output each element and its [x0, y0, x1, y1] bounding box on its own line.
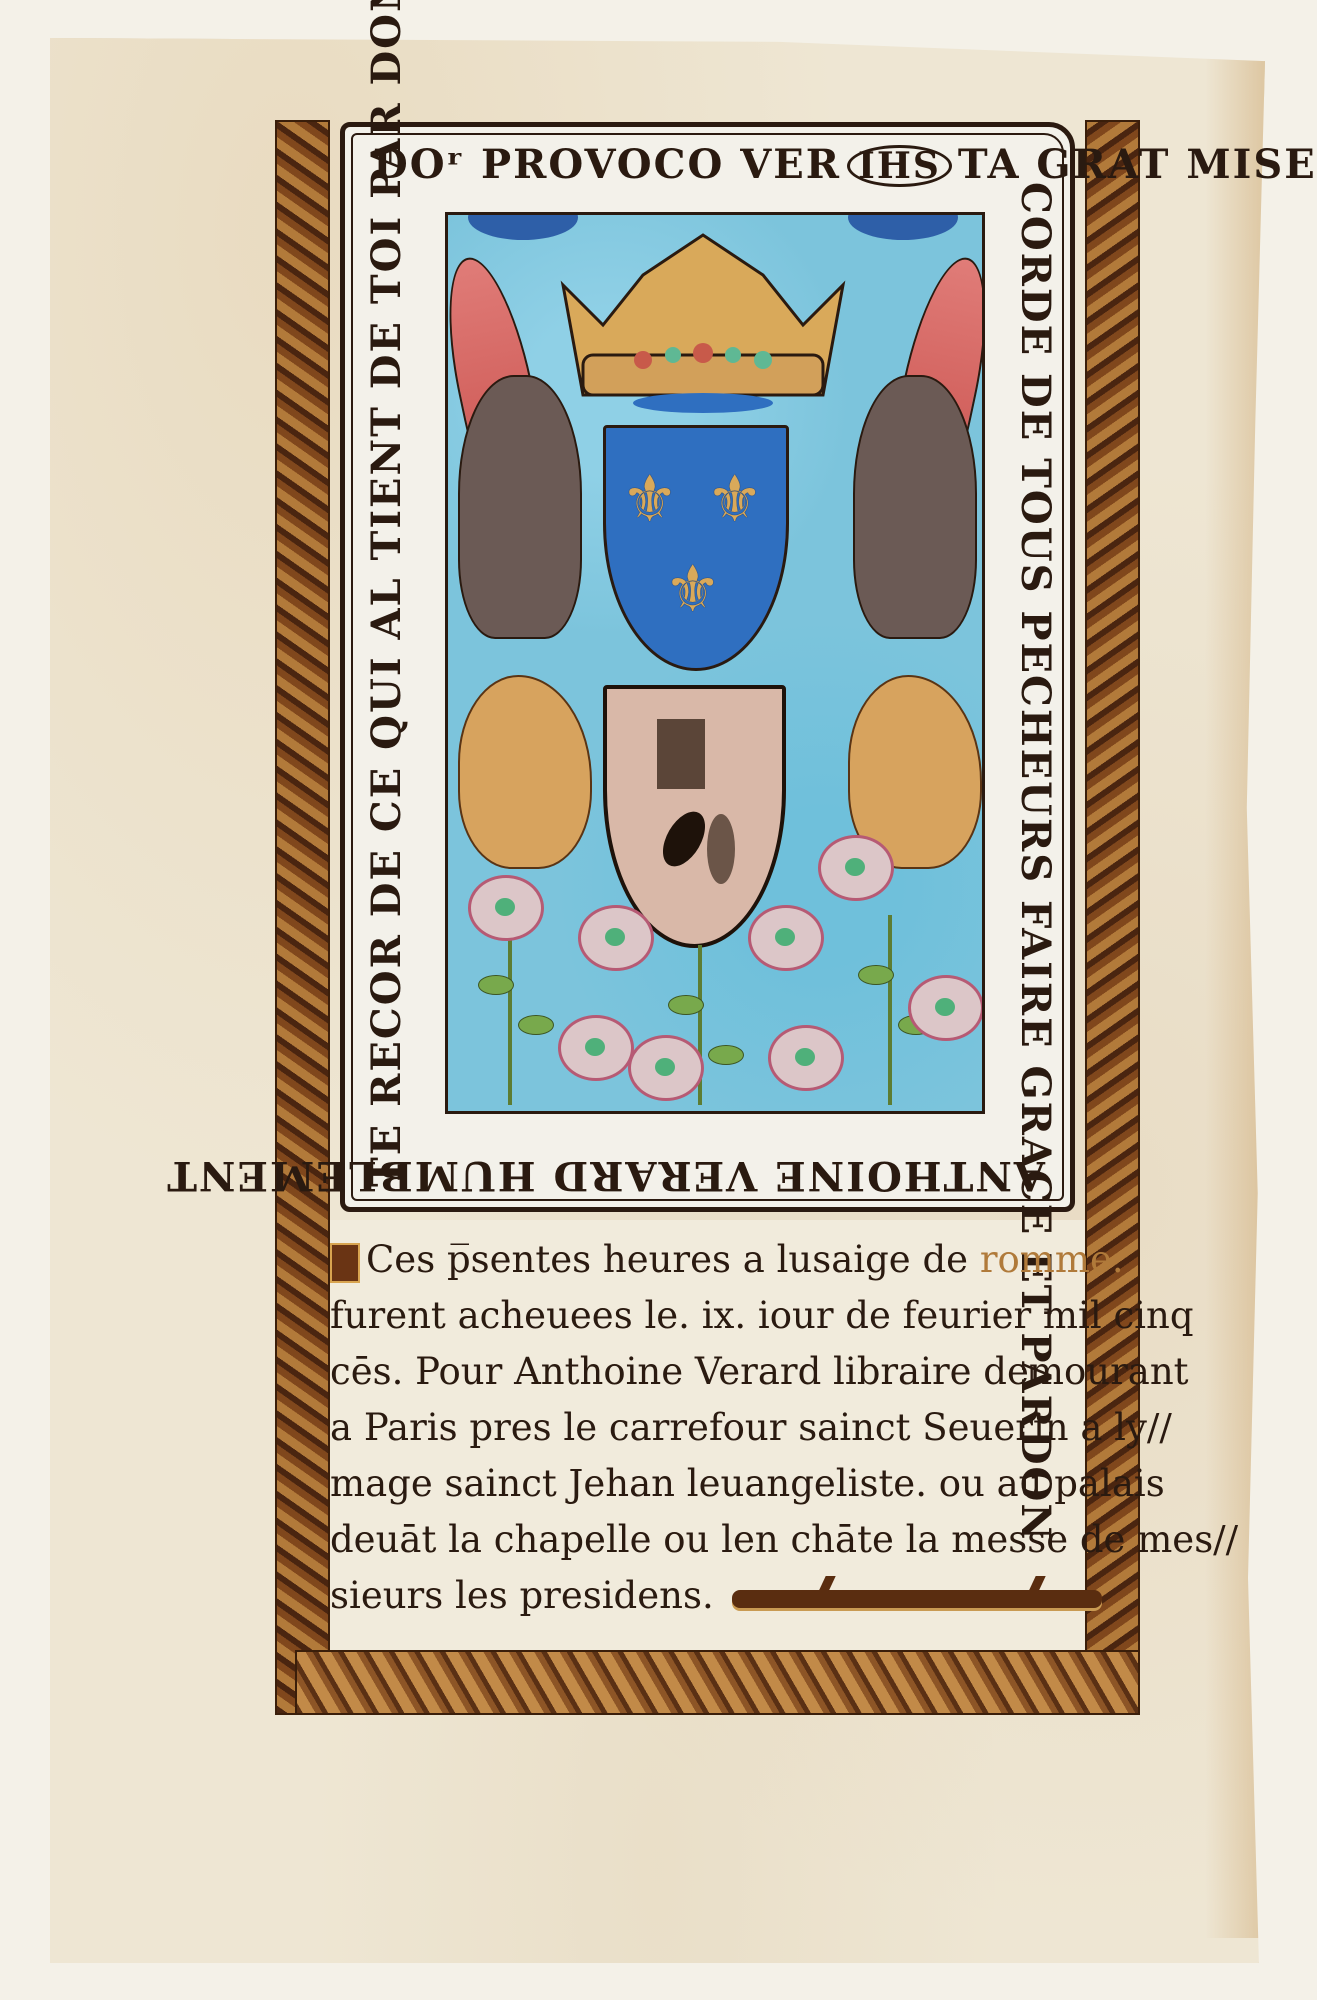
bird-icon	[654, 805, 713, 874]
frame-text-top: DOʳ PROVOCO VERIHSTA GRAT MISERI	[373, 145, 1317, 187]
flower	[468, 875, 544, 941]
flower	[768, 1025, 844, 1091]
frame-text-top-b: TA GRAT MISERI	[958, 141, 1317, 188]
fleur-de-lis-icon: ⚜	[706, 468, 763, 532]
frame-text-bottom: ANTHOINE VERARD HUMBLEMENT	[165, 1155, 1045, 1195]
eagle-left	[458, 675, 592, 869]
flower	[558, 1015, 634, 1081]
colophon-line-4: a Paris pres le carrefour sainct Seuerin…	[330, 1400, 1090, 1456]
tower-icon	[657, 719, 705, 789]
leaf	[518, 1015, 554, 1035]
flower	[628, 1035, 704, 1101]
colophon-line-6: deuāt la chapelle ou len chāte la messe …	[330, 1512, 1090, 1568]
crown-icon	[543, 225, 863, 425]
colophon-line-text: sieurs les presidens.	[330, 1574, 714, 1617]
frame-text-top-a: DOʳ PROVOCO VER	[373, 141, 841, 188]
flower	[818, 835, 894, 901]
ornamental-border-left	[275, 120, 330, 1715]
stem	[508, 935, 512, 1105]
rubric-word: romme.	[980, 1238, 1124, 1281]
colophon-line-text: Ces p̅sentes heures a lusaige de	[366, 1238, 980, 1281]
flower	[908, 975, 984, 1041]
colophon-line-7: sieurs les presidens.	[330, 1568, 1090, 1624]
colophon-line-1: Ces p̅sentes heures a lusaige de romme.	[330, 1232, 1090, 1288]
flower	[578, 905, 654, 971]
leaf	[708, 1045, 744, 1065]
frame-text-left: TE RECOR DE CE QUI AL TIENT DE TOI PAR D…	[367, 0, 407, 1187]
stem	[888, 915, 892, 1105]
leaf	[858, 965, 894, 985]
colophon-text: Ces p̅sentes heures a lusaige de romme. …	[330, 1232, 1090, 1624]
colophon-line-3: cēs. Pour Anthoine Verard libraire demou…	[330, 1344, 1090, 1400]
cloud-right	[848, 212, 958, 240]
ornamental-border-bottom	[295, 1650, 1140, 1715]
shield-arms-of-france: ⚜ ⚜ ⚜	[603, 425, 789, 671]
ihs-monogram: IHS	[847, 145, 952, 187]
line-filler-branch	[732, 1590, 1102, 1608]
angel-right	[853, 375, 977, 639]
flower	[748, 905, 824, 971]
bird-icon	[707, 814, 735, 884]
colophon-line-2: furent acheuees le. ix. iour de feurier …	[330, 1288, 1090, 1344]
fleur-de-lis-icon: ⚜	[621, 468, 678, 532]
heraldic-illustration: ⚜ ⚜ ⚜	[445, 212, 985, 1114]
leaf	[478, 975, 514, 995]
edge-stain	[1205, 58, 1265, 1938]
colophon-line-5: mage sainct Jehan leuangeliste. ou au pa…	[330, 1456, 1090, 1512]
fleur-de-lis-icon: ⚜	[664, 558, 721, 622]
decorated-initial	[330, 1243, 360, 1283]
leaf	[668, 995, 704, 1015]
